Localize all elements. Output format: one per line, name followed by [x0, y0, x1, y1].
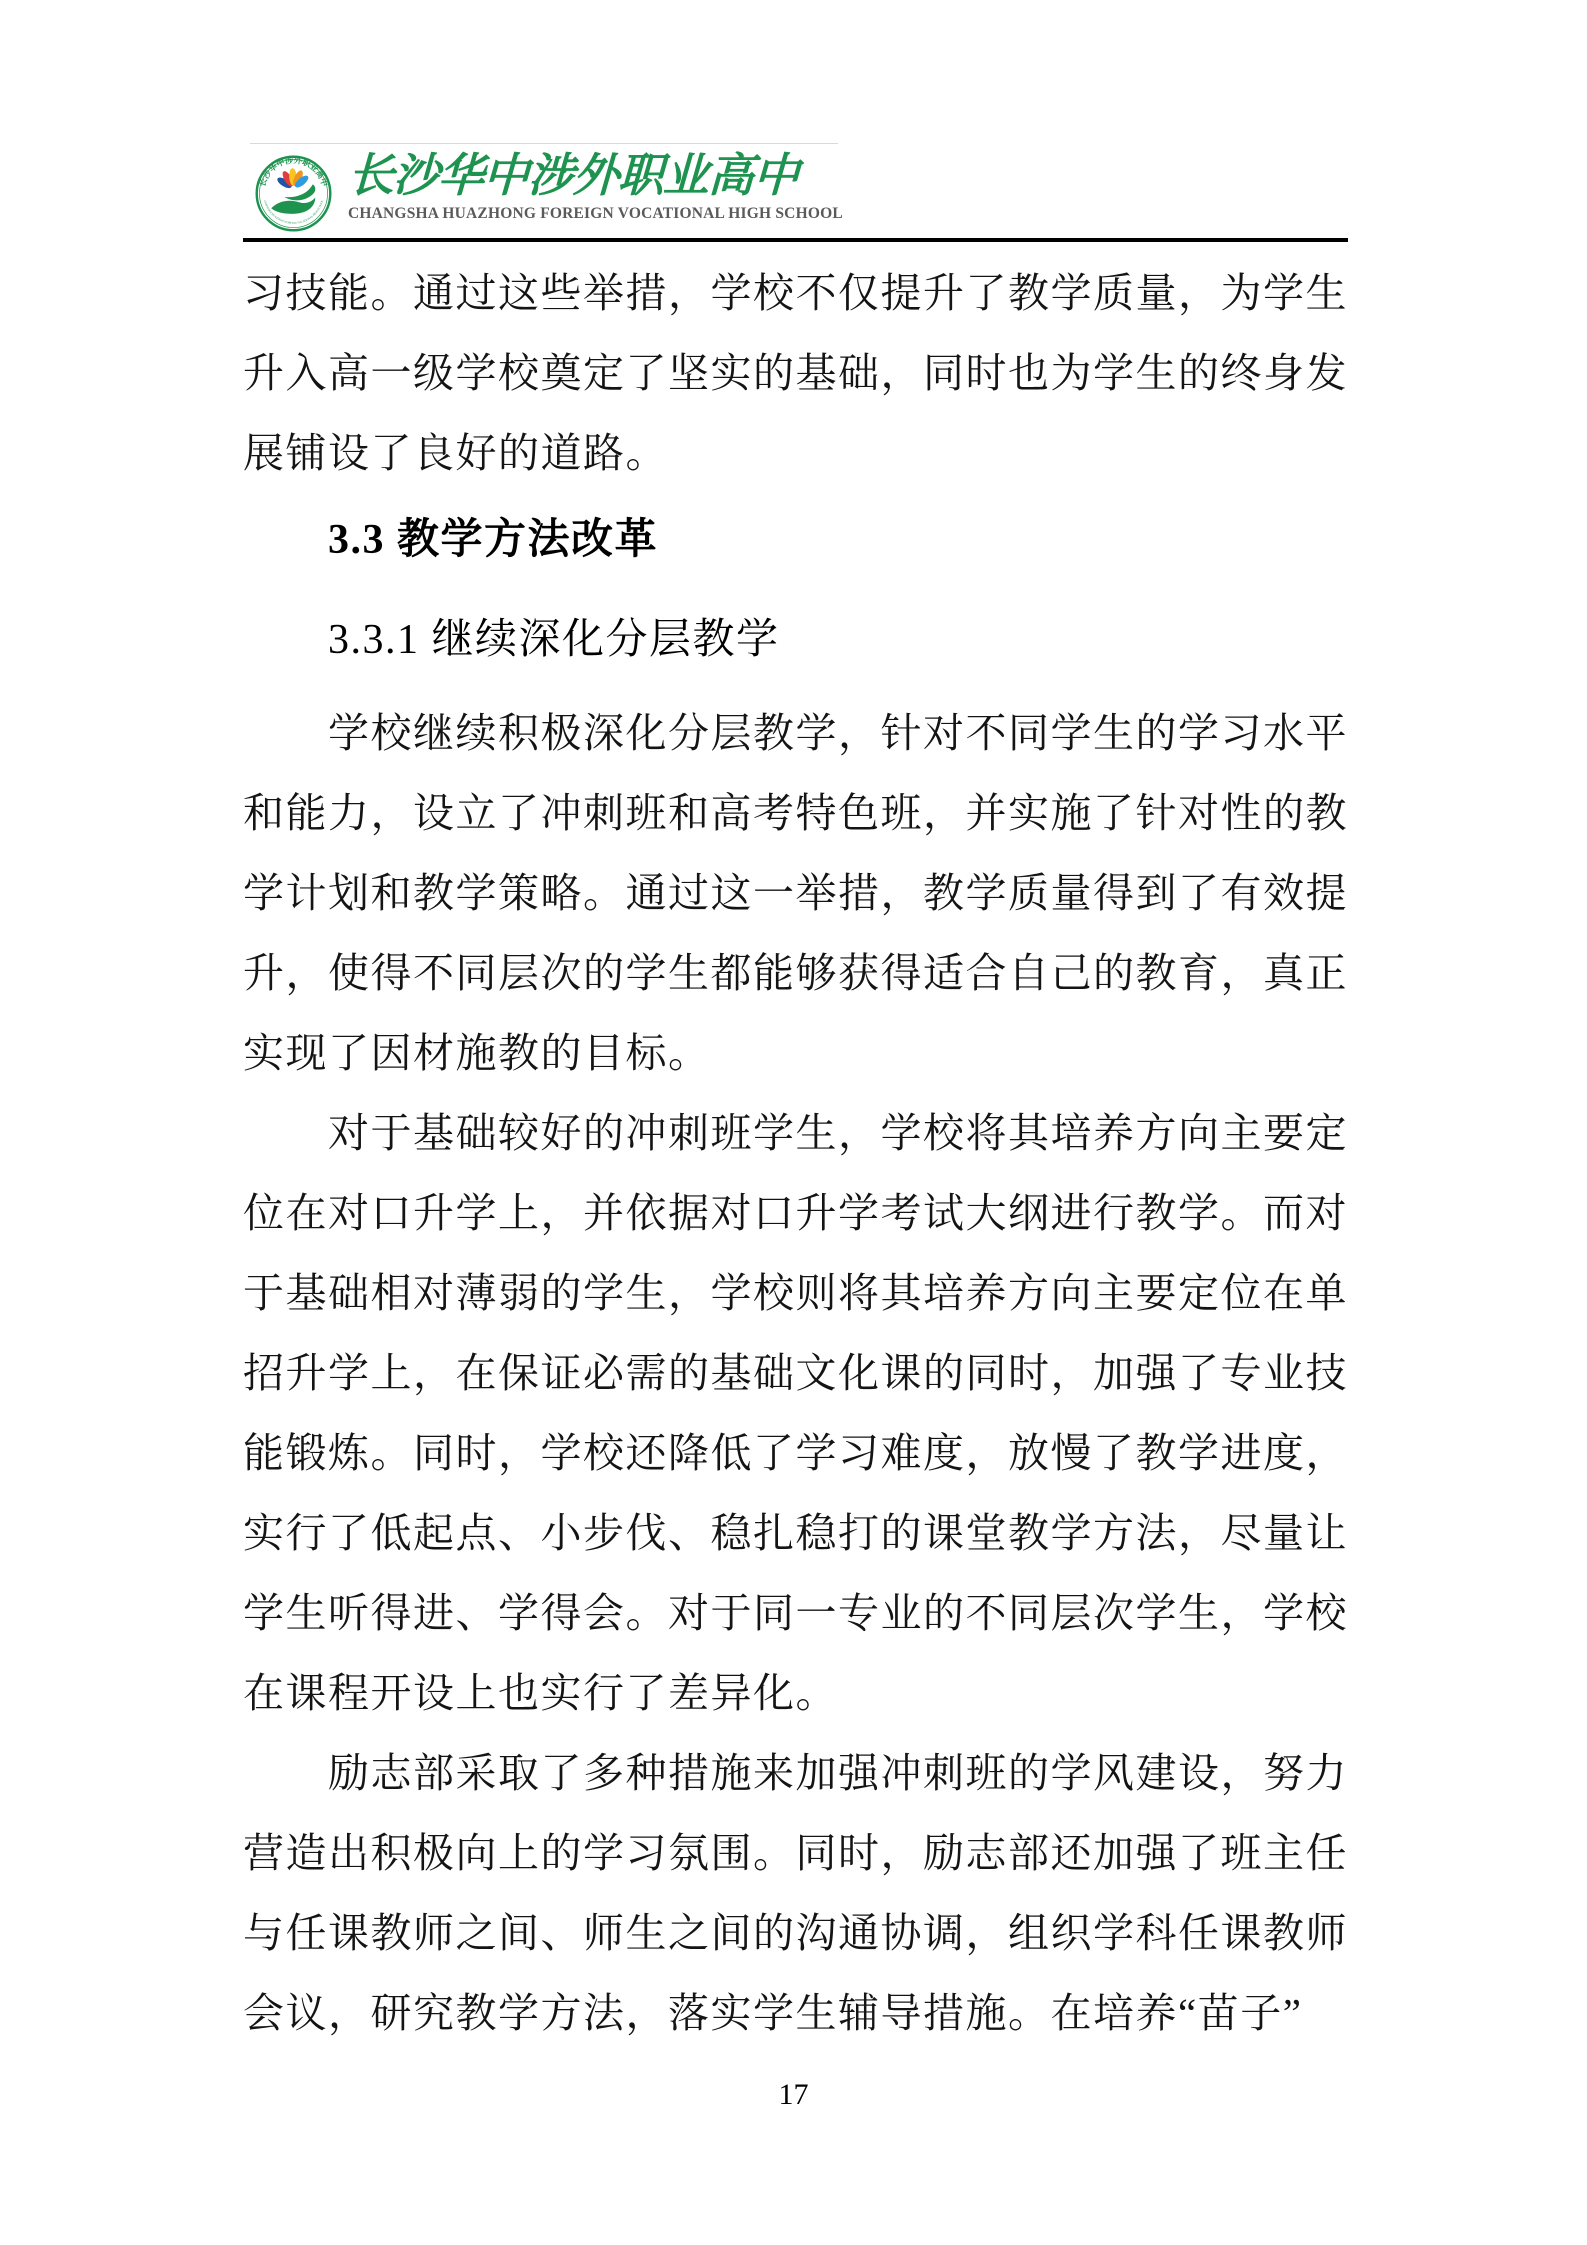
document-page: 长沙华中涉外职业高中 CHANGSHA HUAZHONG FOREIGN VOC…	[0, 0, 1587, 2245]
paragraph-layered-teaching: 学校继续积极深化分层教学，针对不同学生的学习水平和能力，设立了冲刺班和高考特色班…	[243, 693, 1348, 1093]
school-name-cn: 长沙华中涉外职业高中	[347, 148, 819, 204]
page-number: 17	[779, 2078, 809, 2111]
school-logo-text: 长沙华中涉外职业高中 CHANGSHA HUAZHONG FOREIGN VOC…	[348, 148, 818, 223]
paragraph-continuation: 习技能。通过这些举措，学校不仅提升了教学质量，为学生升入高一级学校奠定了坚实的基…	[243, 253, 1348, 493]
paragraph-student-orientation: 对于基础较好的冲刺班学生，学校将其培养方向主要定位在对口升学上，并依据对口升学考…	[243, 1093, 1348, 1733]
document-body: 习技能。通过这些举措，学校不仅提升了教学质量，为学生升入高一级学校奠定了坚实的基…	[243, 253, 1348, 2053]
emblem-outer-ring	[257, 157, 331, 231]
section-heading-3-3: 3.3 教学方法改革	[243, 500, 1348, 580]
school-emblem-icon: 长沙华中涉外职业高中 CHANGSHA HUAZHONG FOREIGN VOC…	[255, 155, 332, 232]
school-logo: 长沙华中涉外职业高中 CHANGSHA HUAZHONG FOREIGN VOC…	[250, 143, 838, 239]
school-name-en: CHANGSHA HUAZHONG FOREIGN VOCATIONAL HIG…	[348, 205, 818, 223]
subsection-heading-3-3-1: 3.3.1 继续深化分层教学	[243, 600, 1348, 680]
header-divider-rule	[243, 238, 1348, 242]
paragraph-lizhi-measures: 励志部采取了多种措施来加强冲刺班的学风建设，努力营造出积极向上的学习氛围。同时，…	[243, 1733, 1348, 2053]
page-footer: 17	[0, 2078, 1587, 2112]
